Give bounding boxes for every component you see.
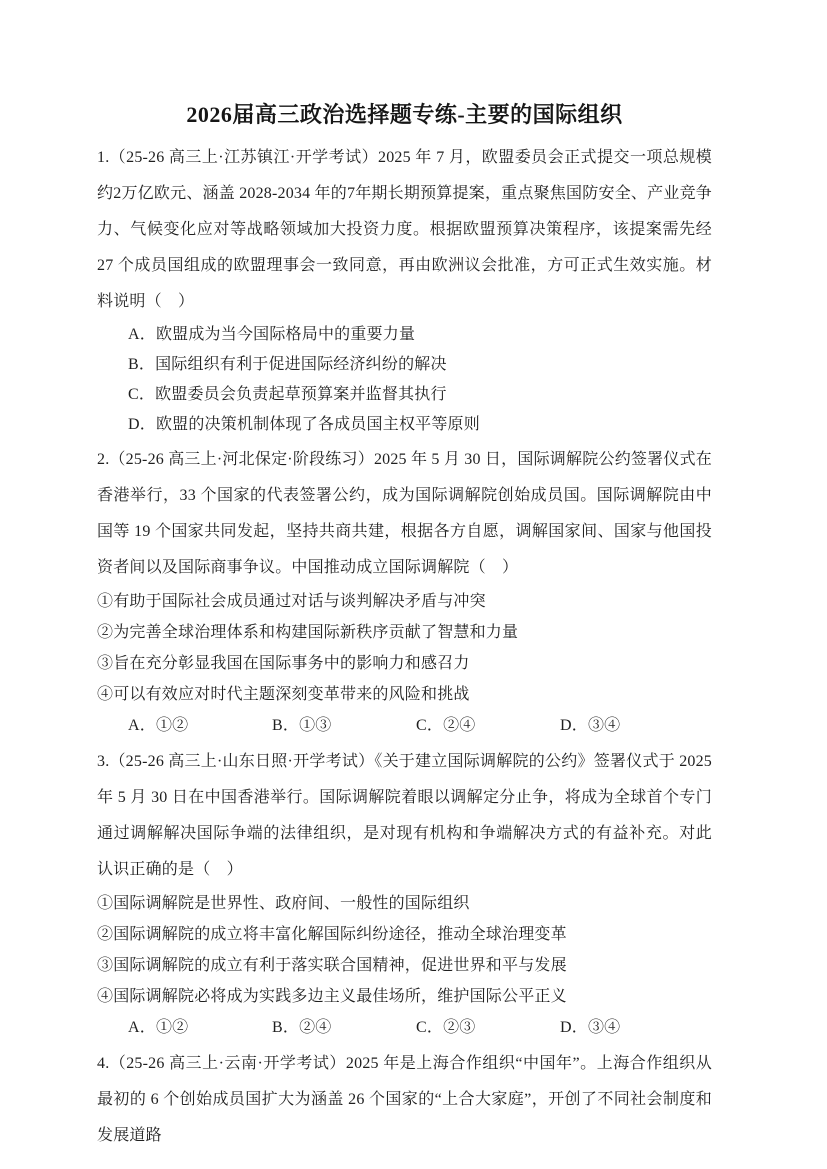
question-3-choice-a: A．①②	[128, 1012, 272, 1044]
question-3-statement-3: ③国际调解院的成立有利于落实联合国精神，促进世界和平与发展	[97, 950, 712, 981]
question-1-option-b: B．国际组织有利于促进国际经济纠纷的解决	[97, 350, 712, 380]
question-3-answer-row: A．①② B．②④ C．②③ D．③④	[97, 1012, 712, 1044]
question-2-statement-3: ③旨在充分彰显我国在国际事务中的影响力和感召力	[97, 648, 712, 679]
question-3-choice-c: C．②③	[416, 1012, 560, 1044]
question-4-stem: 4.（25-26 高三上·云南·开学考试）2025 年是上海合作组织“中国年”。…	[97, 1046, 712, 1154]
question-3-choice-d: D．③④	[560, 1012, 704, 1044]
question-1-option-c: C．欧盟委员会负责起草预算案并监督其执行	[97, 380, 712, 410]
question-2-statement-1: ①有助于国际社会成员通过对话与谈判解决矛盾与冲突	[97, 586, 712, 617]
question-4: 4.（25-26 高三上·云南·开学考试）2025 年是上海合作组织“中国年”。…	[97, 1046, 712, 1154]
question-3-choice-b: B．②④	[272, 1012, 416, 1044]
question-1-option-d: D．欧盟的决策机制体现了各成员国主权平等原则	[97, 410, 712, 440]
question-2-statement-2: ②为完善全球治理体系和构建国际新秩序贡献了智慧和力量	[97, 617, 712, 648]
document-page: 2026届高三政治选择题专练-主要的国际组织 1.（25-26 高三上·江苏镇江…	[0, 0, 827, 1169]
question-3-statement-2: ②国际调解院的成立将丰富化解国际纠纷途径，推动全球治理变革	[97, 919, 712, 950]
question-2-statement-4: ④可以有效应对时代主题深刻变革带来的风险和挑战	[97, 679, 712, 710]
question-1: 1.（25-26 高三上·江苏镇江·开学考试）2025 年 7 月，欧盟委员会正…	[97, 140, 712, 440]
question-2-choice-a: A．①②	[128, 710, 272, 742]
question-1-option-a: A．欧盟成为当今国际格局中的重要力量	[97, 320, 712, 350]
page-title: 2026届高三政治选择题专练-主要的国际组织	[97, 98, 712, 132]
question-3-statement-1: ①国际调解院是世界性、政府间、一般性的国际组织	[97, 888, 712, 919]
question-2: 2.（25-26 高三上·河北保定·阶段练习）2025 年 5 月 30 日，国…	[97, 442, 712, 742]
question-2-choice-d: D．③④	[560, 710, 704, 742]
question-2-answer-row: A．①② B．①③ C．②④ D．③④	[97, 710, 712, 742]
question-3-stem: 3.（25-26 高三上·山东日照·开学考试）《关于建立国际调解院的公约》签署仪…	[97, 744, 712, 888]
question-2-stem: 2.（25-26 高三上·河北保定·阶段练习）2025 年 5 月 30 日，国…	[97, 442, 712, 586]
question-3-statement-4: ④国际调解院必将成为实践多边主义最佳场所，维护国际公平正义	[97, 981, 712, 1012]
document-content: 2026届高三政治选择题专练-主要的国际组织 1.（25-26 高三上·江苏镇江…	[97, 98, 712, 1154]
question-3: 3.（25-26 高三上·山东日照·开学考试）《关于建立国际调解院的公约》签署仪…	[97, 744, 712, 1044]
question-2-choice-b: B．①③	[272, 710, 416, 742]
question-1-stem: 1.（25-26 高三上·江苏镇江·开学考试）2025 年 7 月，欧盟委员会正…	[97, 140, 712, 320]
question-2-choice-c: C．②④	[416, 710, 560, 742]
